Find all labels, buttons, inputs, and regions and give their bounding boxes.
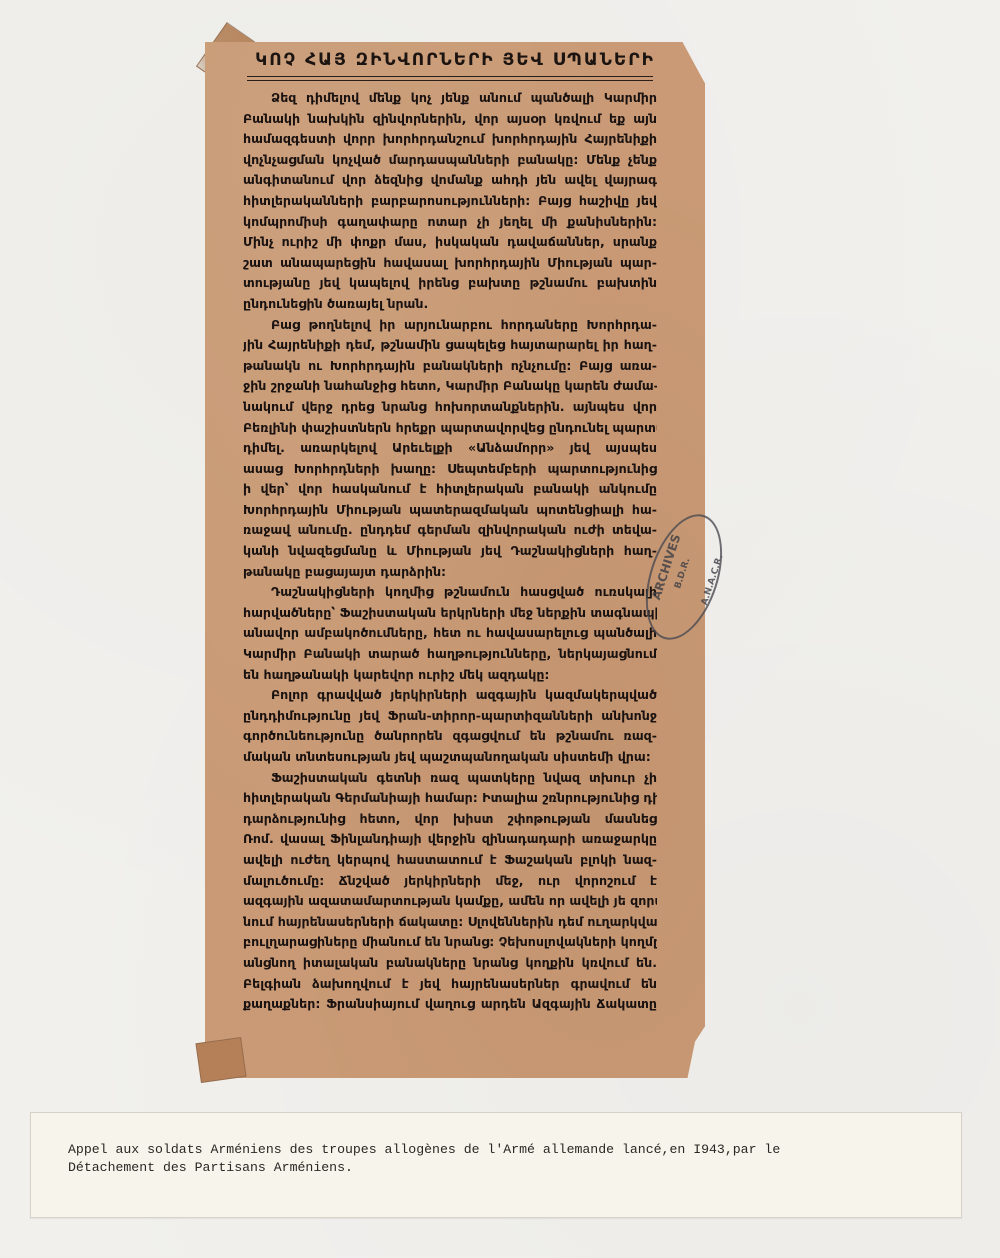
leaflet-body: Ձեզ դիմելով մենք կոչ յենք անում պանծալի … (243, 88, 657, 1015)
text-line: տությանը յեվ կապելով իրենց բախտը թշնամու… (243, 273, 657, 294)
paragraph-4: Բոլոր գրավված յերկիրների ազգային կազմակե… (243, 685, 657, 767)
text-line: ռաջավ անումը. ընդդեմ գերման զինվորական ո… (243, 520, 657, 541)
caption-line-2: Détachement des Partisans Arméniens. (68, 1160, 353, 1175)
text-line: ընդունեցին ծառայել նրան. (243, 294, 657, 315)
text-line: քաղաքներ: Ֆրանսիայում վաղուց արդեն Ազգայ… (243, 994, 657, 1015)
text-line: հիտլերական Գերմանիայի համար: Իտալիա շռնր… (243, 788, 657, 809)
text-line: Ռոմ. վասալ Ֆինլանդիայի վերջին զինադադարի… (243, 829, 657, 850)
adhesive-tape-bottom-left (195, 1037, 246, 1083)
title-underline (247, 76, 653, 77)
paragraph-1: Ձեզ դիմելով մենք կոչ յենք անում պանծալի … (243, 88, 657, 315)
text-line: Դաշնակիցների կողմից թշնամուն հասցված ուռ… (243, 582, 657, 603)
paragraph-5: Ֆաշիստական գետնի ռազ պատկերը նվազ տխուր … (243, 768, 657, 1015)
text-line: Մինչ ուրիշ մի փոքր մաս, իսկական դավաճանն… (243, 232, 657, 253)
text-line: անգիտանում վոր ձեզնից վոմանք ահդի յեն ավ… (243, 170, 657, 191)
text-line: կոմպրոմիսի գաղափարը ոտար չի յեղել մի քան… (243, 212, 657, 233)
text-line: Ձեզ դիմելով մենք կոչ յենք անում պանծալի … (243, 88, 657, 109)
text-line: թանակը բացայայտ դարձրին: (243, 562, 657, 583)
caption-text: Appel aux soldats Arméniens des troupes … (68, 1141, 780, 1177)
text-line: շատ անապարեցին հավասալ խորհրդային Միությ… (243, 253, 657, 274)
text-line: դիմել. առարկելով Արեւելքի «Անձամորր» յեվ… (243, 438, 657, 459)
text-line: անավոր ամբակոծումները, հետ ու հավասարելո… (243, 623, 657, 644)
caption-line-1: Appel aux soldats Arméniens des troupes … (68, 1142, 780, 1157)
text-line: հարվածները՝ Ֆաշիստական երկրների մեջ ներք… (243, 603, 657, 624)
paragraph-3: Դաշնակիցների կողմից թշնամուն հասցված ուռ… (243, 582, 657, 685)
text-line: յին Հայրենիքի դեմ, թշնամին ցապելեց հայտա… (243, 335, 657, 356)
text-line: մալուծումը: Ճնշված յերկիրների մեջ, ուր վ… (243, 871, 657, 892)
title-underline-thin (247, 80, 653, 81)
text-line: ջին շրջանի նահանջից հետո, Կարմիր Բանակը … (243, 376, 657, 397)
leaflet-title: ԿՈՉ ՀԱՅ ԶԻՆՎՈՐՆԵՐԻ ՅԵՎ ՍՊԱՆԵՐԻ (205, 50, 705, 70)
text-line: Բոլոր գրավված յերկիրների ազգային կազմակե… (243, 685, 657, 706)
leaflet-document: ԿՈՉ ՀԱՅ ԶԻՆՎՈՐՆԵՐԻ ՅԵՎ ՍՊԱՆԵՐԻ Ձեզ դիմել… (205, 42, 705, 1078)
text-line: են հաղթանակի կարեվոր ուրիշ մեկ ազդակը: (243, 665, 657, 686)
stamp-text-anacr: A.N.A.C.R. (700, 553, 726, 606)
text-line: ընդդիմությունը յեվ Ֆրան-տիրոր-պարտիզաննե… (243, 706, 657, 727)
text-line: Խորհրդային Միության պատերազմական պոտենցի… (243, 500, 657, 521)
text-line: նում հայրենասերների ճակատը: Սլովեններին … (243, 912, 657, 933)
text-line: մական տնտեսության յեվ պաշտպանողական սիստ… (243, 747, 657, 768)
text-line: վոչնչացման կոչված մարդասպանների բանակը: … (243, 150, 657, 171)
text-line: համազգեստի վորր խորհրդանշում խորհրդային … (243, 129, 657, 150)
text-line: Բեռլինի փաշիստներն հրեքր պարտավորվեց ընդ… (243, 418, 657, 439)
text-line: Բելգիան ձախողվում է յեվ հայրենասերներ գր… (243, 974, 657, 995)
text-line: ավելի ուժեղ կերպով հաստատում է Ֆաշական բ… (243, 850, 657, 871)
caption-label: Appel aux soldats Arméniens des troupes … (30, 1112, 962, 1218)
text-line: ի վեր՝ վոր հասկանում է հիտլերական բանակի… (243, 479, 657, 500)
text-line: թանակն ու Խորհրդային բանակների ոչնչումը:… (243, 356, 657, 377)
text-line: Կարմիր Բանակի տարած հաղթությունները, ներ… (243, 644, 657, 665)
text-line: անցնող իտալական բանակները նրանց կողքին կ… (243, 953, 657, 974)
text-line: գործունեությունը ծանրորեն զգացվում են թշ… (243, 726, 657, 747)
text-line: ասաց Խորհրդների խաղը: Սեպտեմբերի պարտութ… (243, 459, 657, 480)
text-line: բուլղարացիները միանում են նրանց: Չեխոսլո… (243, 932, 657, 953)
text-line: ազգային ազատամարտության կամքը, ամեն որ ա… (243, 891, 657, 912)
text-line: նակում վերջ դրեց նրանց հոխորտանքներին. ա… (243, 397, 657, 418)
text-line: կանի նվազեցմանը և Միության յեվ Դաշնակիցն… (243, 541, 657, 562)
paragraph-2: Բաց թողնելով իր արյունարբու հորդաները Խո… (243, 315, 657, 583)
text-line: Ֆաշիստական գետնի ռազ պատկերը նվազ տխուր … (243, 768, 657, 789)
text-line: Բանակի նախկին զինվորներին, վոր այսօր կռվ… (243, 109, 657, 130)
text-line: Բաց թողնելով իր արյունարբու հորդաները Խո… (243, 315, 657, 336)
text-line: դարձությունից հետո, վոր խիստ շփոթության … (243, 809, 657, 830)
stamp-text-bdr: B.D.R. (673, 557, 692, 590)
text-line: հիտլերականների բարբարոսությունների: Բայց… (243, 191, 657, 212)
